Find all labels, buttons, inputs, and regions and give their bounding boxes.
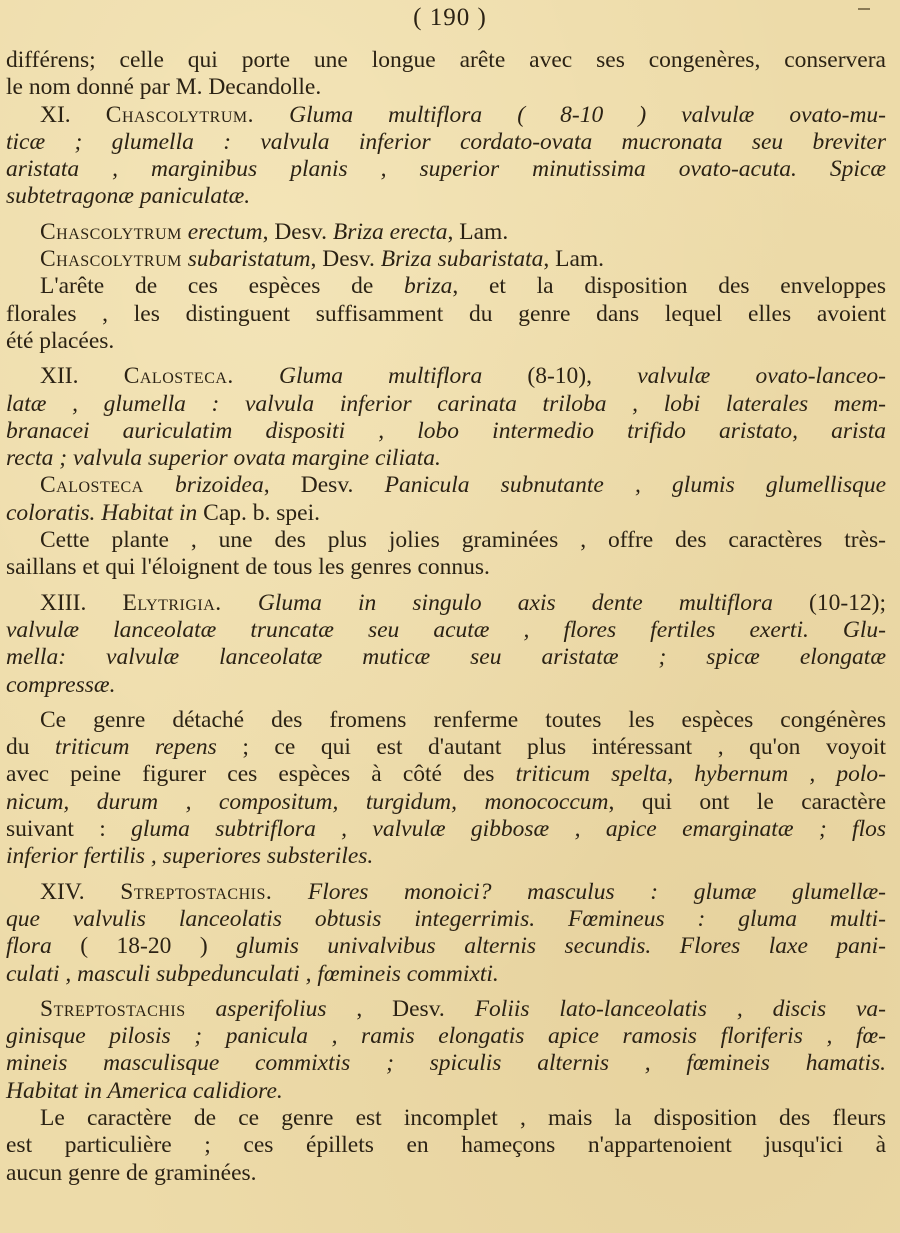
page-number: ( 190 )	[0, 4, 900, 32]
text-line: mineis masculisque commixtis ; spiculis …	[6, 1050, 886, 1077]
genus-entry-xi: XI. Chascolytrum. Gluma multiflora ( 8-1…	[6, 102, 886, 211]
genus-entry-xii: XII. Calosteca. Gluma multiflora (8-10),…	[6, 363, 886, 472]
book-page: ( 190 ) différens; celle qui porte une l…	[0, 0, 900, 1233]
genus-name: Elytrigia.	[123, 590, 222, 616]
text-line: Chascolytrum subaristatum, Desv. Briza s…	[6, 246, 886, 273]
text-line: florales , les distinguent suffisamment …	[6, 301, 886, 328]
species-name: subaristatum	[188, 246, 311, 272]
text-line: XIV. Streptostachis. Flores monoici? mas…	[6, 879, 886, 906]
synonym: Briza subaristata	[381, 246, 544, 272]
text-line: coloratis. Habitat in Cap. b. spei.	[6, 500, 886, 527]
text-line: Cette plante , une des plus jolies grami…	[6, 527, 886, 554]
text-line: XIII. Elytrigia. Gluma in singulo axis d…	[6, 590, 886, 617]
text-line: suivant : gluma subtriflora , valvulæ gi…	[6, 816, 886, 843]
text-line: flora ( 18-20 ) glumis univalvibus alter…	[6, 933, 886, 960]
genus-name: Chascolytrum	[40, 219, 182, 245]
text-line: différens; celle qui porte une longue ar…	[6, 47, 886, 74]
text-line: Habitat in America calidiore.	[6, 1078, 886, 1105]
author: , Lam.	[543, 246, 604, 272]
section-numeral: XIV.	[40, 879, 85, 905]
text-line: inferior fertilis , superiores substeril…	[6, 843, 886, 870]
text-line: valvulæ lanceolatæ truncatæ seu acutæ , …	[6, 617, 886, 644]
text-line: avec peine figurer ces espèces à côté de…	[6, 761, 886, 788]
species-entry: Chascolytrum erectum, Desv. Briza erecta…	[6, 219, 886, 246]
text-line: Ce genre détaché des fromens renferme to…	[6, 707, 886, 734]
section-numeral: XI.	[40, 102, 71, 128]
paragraph: L'arête de ces espèces de briza, et la d…	[6, 273, 886, 355]
genus-name: Chascolytrum	[40, 246, 182, 272]
text-line: Chascolytrum erectum, Desv. Briza erecta…	[6, 219, 886, 246]
text-line: Le caractère de ce genre est incomplet ,…	[6, 1105, 886, 1132]
genus-entry-xiii: XIII. Elytrigia. Gluma in singulo axis d…	[6, 590, 886, 699]
latin-description: Gluma multiflora ( 8-10 ) valvulæ ovato-…	[289, 102, 886, 128]
genus-name: Streptostachis.	[120, 879, 272, 905]
paragraph-continuation: différens; celle qui porte une longue ar…	[6, 47, 886, 102]
genus-entry-xiv: XIV. Streptostachis. Flores monoici? mas…	[6, 879, 886, 988]
text-line: compressæ.	[6, 672, 886, 699]
species-entry: Streptostachis asperifolius , Desv. Foli…	[6, 996, 886, 1105]
text-line: XI. Chascolytrum. Gluma multiflora ( 8-1…	[6, 102, 886, 129]
text-line: aucun genre de graminées.	[6, 1160, 886, 1187]
text-line: ginisque pilosis ; panicula , ramis elon…	[6, 1023, 886, 1050]
text-line: ticæ ; glumella : valvula inferior corda…	[6, 129, 886, 156]
text-line: culati , masculi subpedunculati , fœmine…	[6, 961, 886, 988]
author: , Desv.	[263, 219, 327, 245]
genus-name: Streptostachis	[40, 996, 186, 1022]
text-line: du triticum repens ; ce qui est d'autant…	[6, 734, 886, 761]
text-line: saillans et qui l'éloignent de tous les …	[6, 554, 886, 581]
text-line: que valvulis lanceolatis obtusis integer…	[6, 906, 886, 933]
text-line: nicum, durum , compositum, turgidum, mon…	[6, 789, 886, 816]
author: , Desv.	[311, 246, 375, 272]
text-line: mella: valvulæ lanceolatæ muticæ seu ari…	[6, 644, 886, 671]
text-line: Streptostachis asperifolius , Desv. Foli…	[6, 996, 886, 1023]
section-numeral: XIII.	[40, 590, 86, 616]
author: , Lam.	[448, 219, 509, 245]
paragraph: Cette plante , une des plus jolies grami…	[6, 527, 886, 582]
genus-name: Chascolytrum.	[106, 102, 254, 128]
text-line: le nom donné par M. Decandolle.	[6, 74, 886, 101]
text-line: XII. Calosteca. Gluma multiflora (8-10),…	[6, 363, 886, 390]
genus-name: Calosteca	[40, 472, 144, 498]
text-line: est particulière ; ces épillets en hameç…	[6, 1132, 886, 1159]
section-numeral: XII.	[40, 363, 79, 389]
text-line: aristata , marginibus planis , superior …	[6, 156, 886, 183]
text-line: branacei auriculatim dispositi , lobo in…	[6, 418, 886, 445]
species-entry: Calosteca brizoidea, Desv. Panicula subn…	[6, 472, 886, 527]
text-line: été placées.	[6, 328, 886, 355]
genus-name: Calosteca.	[124, 363, 234, 389]
text-line: latæ , glumella : valvula inferior carin…	[6, 391, 886, 418]
paragraph: Le caractère de ce genre est incomplet ,…	[6, 1105, 886, 1187]
species-name: brizoidea	[175, 472, 264, 498]
text-line: L'arête de ces espèces de briza, et la d…	[6, 273, 886, 300]
species-name: asperifolius	[216, 996, 327, 1022]
species-entry: Chascolytrum subaristatum, Desv. Briza s…	[6, 246, 886, 273]
species-name: erectum	[188, 219, 263, 245]
synonym: Briza erecta	[333, 219, 448, 245]
paragraph: Ce genre détaché des fromens renferme to…	[6, 707, 886, 871]
text-line: Calosteca brizoidea, Desv. Panicula subn…	[6, 472, 886, 499]
page-body: différens; celle qui porte une longue ar…	[6, 47, 886, 1187]
text-line: recta ; valvula superior ovata margine c…	[6, 445, 886, 472]
text-line: subtetragonæ paniculatæ.	[6, 183, 886, 210]
